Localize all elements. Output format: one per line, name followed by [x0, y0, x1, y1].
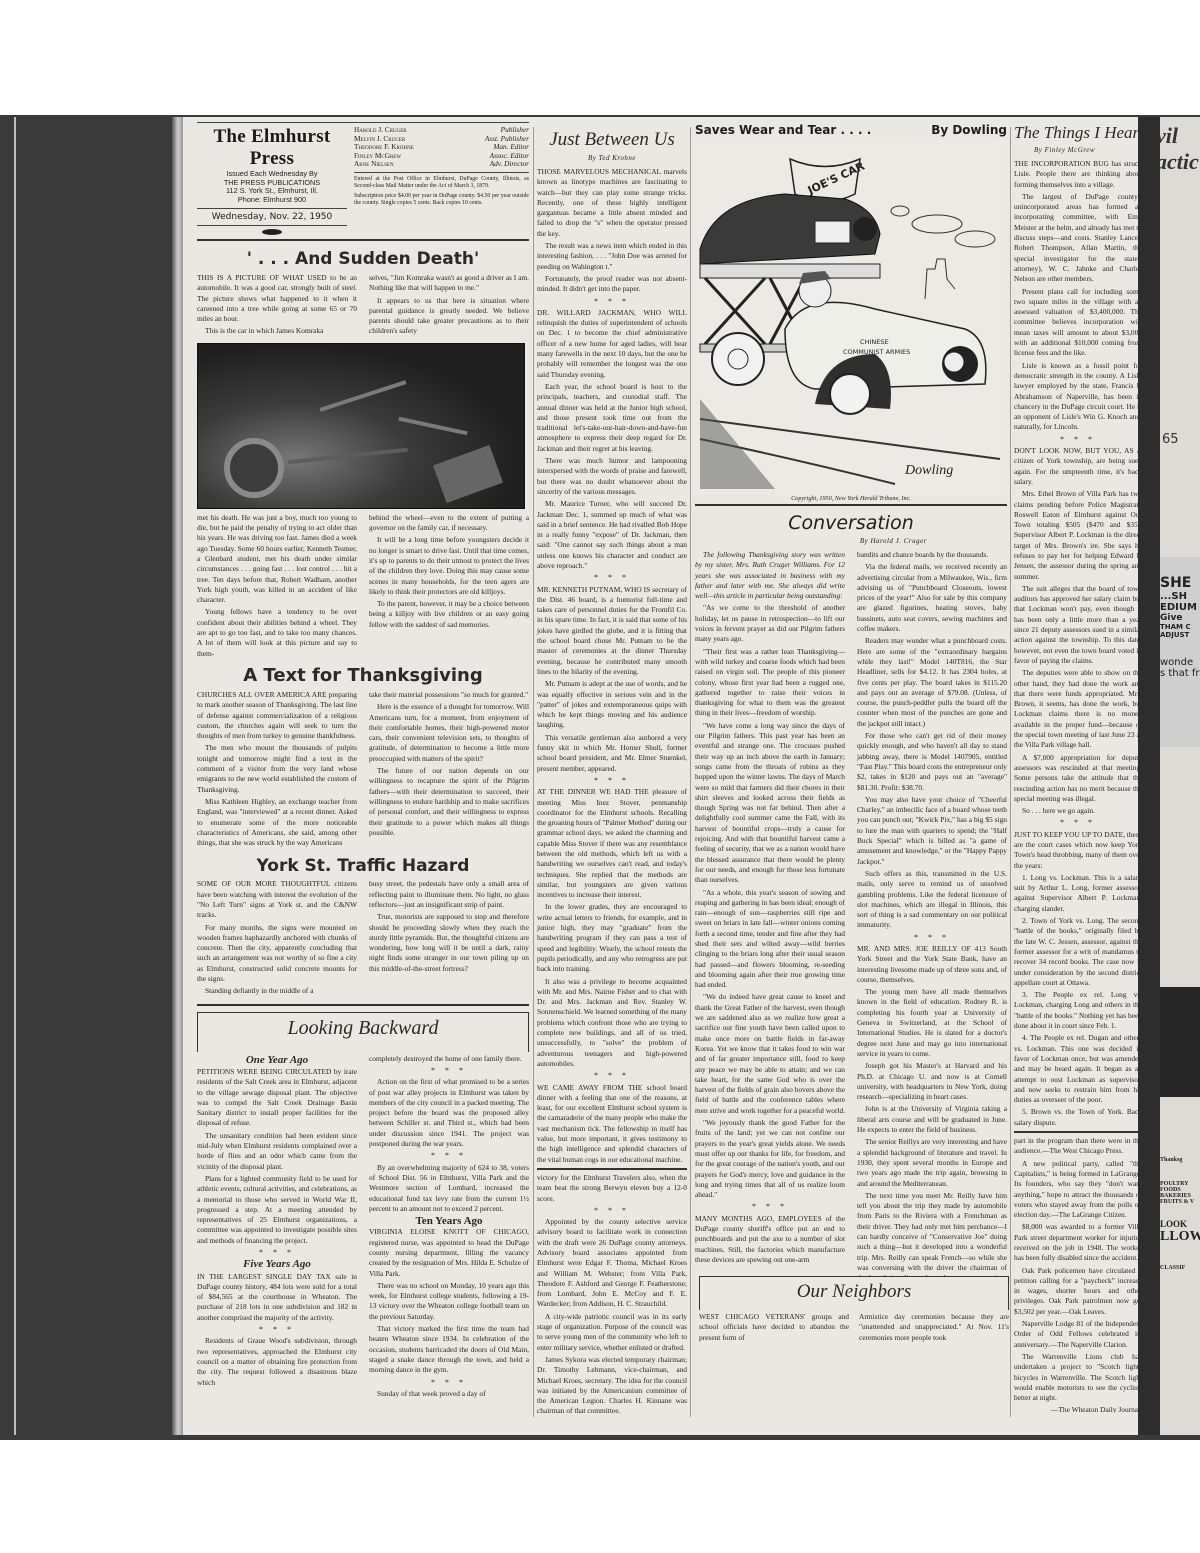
- paragraph: That victory marked the first time the t…: [369, 1324, 529, 1375]
- subheading: Five Years Ago: [197, 1259, 357, 1269]
- binding-edge-line: [14, 117, 16, 1435]
- paragraph: 1. Long vs. Lockman. This is a salary su…: [1014, 873, 1142, 914]
- paragraph: —The Wheaton Daily Journal.: [1014, 1405, 1142, 1413]
- paragraph: It appears to us that here is situation …: [369, 296, 529, 337]
- paragraph: 2. Town of York vs. Long. The second "ba…: [1014, 916, 1142, 988]
- paragraph: Readers may wonder what a punchboard cos…: [857, 636, 1007, 729]
- ornament: [197, 229, 347, 235]
- cartoon-header: Saves Wear and Tear . . . . By Dowling: [695, 123, 1007, 137]
- separator-stars: * * *: [197, 1325, 357, 1335]
- separator-stars: * * *: [537, 1206, 687, 1216]
- entry-notice: Entered at the Post Office in Elmhurst, …: [354, 176, 529, 190]
- headline: ' . . . And Sudden Death': [197, 249, 529, 269]
- paragraph: Sunday of that week proved a day of: [369, 1389, 529, 1399]
- svg-text:Dowling: Dowling: [904, 463, 953, 478]
- paragraph: Here is the essence of a thought for tom…: [369, 702, 529, 764]
- paragraph: The deputies were able to show on the ot…: [1014, 668, 1142, 750]
- separator-stars: * * *: [369, 1151, 529, 1161]
- ad-block-dark: [1160, 987, 1200, 1097]
- ad-block: SHE ...SH EDIUM Give THAM C ADJUST wonde…: [1160, 557, 1200, 747]
- paragraph: DON'T LOOK NOW, BUT YOU, AS A citizen of…: [1014, 446, 1142, 487]
- paragraph: Action on the first of what promised to …: [369, 1077, 529, 1149]
- paragraph: Miss Kathleen Highley, an exchange teach…: [197, 797, 357, 848]
- article-sudden-death: ' . . . And Sudden Death' THIS IS A PICT…: [197, 249, 529, 661]
- paragraph: A $7,000 appropriation for deputy assess…: [1014, 753, 1142, 804]
- paragraph: Residents of Graue Wood's subdivision, t…: [197, 1336, 357, 1387]
- headline: Looking Backward: [198, 1017, 528, 1040]
- headline: A Text for Thanksgiving: [197, 665, 529, 686]
- paragraph: 3. The People ex rel. Long vs. Lockman, …: [1014, 990, 1142, 1031]
- paragraph: The men who mount the thousands of pulpi…: [197, 743, 357, 794]
- separator-stars: * * *: [1014, 435, 1142, 445]
- paragraph: Naperville Lodge 81 of the Independent O…: [1014, 1319, 1142, 1350]
- wrecked-car-photo: [197, 343, 525, 509]
- paragraph: CHURCHES ALL OVER AMERICA ARE preparing …: [197, 690, 357, 741]
- paragraph: The senior Reillys are very interesting …: [857, 1137, 1007, 1188]
- paragraph: Armistice day ceremonies because they ar…: [859, 1312, 1009, 1343]
- editorial-section: The Elmhurst Press Issued Each Wednesday…: [197, 122, 529, 1401]
- paragraph: To the parent, however, it may be a choi…: [369, 599, 529, 630]
- paragraph: MR. KENNETH PUTNAM, WHO IS secretary of …: [537, 585, 687, 678]
- separator-stars: * * *: [369, 1378, 529, 1388]
- paragraph: VIRGINIA ELOISE KNOTT OF CHICAGO, regist…: [369, 1227, 529, 1278]
- paragraph: A new political party, called "the Capit…: [1014, 1159, 1142, 1221]
- paragraph: selves, "Jim Komraka wasn't as good a dr…: [369, 273, 529, 294]
- paragraph: In the lower grades, they are encouraged…: [537, 902, 687, 974]
- binding-shadow-dark: [1138, 117, 1160, 1435]
- paragraph: John is at the University of Virginia ta…: [857, 1104, 1007, 1135]
- paragraph: True, motorists are supposed to stop and…: [369, 912, 529, 974]
- column-rule: [690, 127, 691, 1417]
- paragraph: James Sykora was elected temporary chair…: [537, 1355, 687, 1417]
- cartoon-drawing: JOE'S CAR CHINESE COMMUNIST ARMIES: [695, 139, 1007, 494]
- masthead-title: The Elmhurst Press: [197, 126, 347, 170]
- cartoon-copyright: Copyright, 1950, New York Herald Tribune…: [695, 495, 1007, 502]
- paragraph: IN THE LARGEST SINGLE DAY TAX sale in Du…: [197, 1272, 357, 1323]
- paragraph: Fortunately, the proof reader was not ab…: [537, 274, 687, 295]
- paragraph: Joseph got his Master's at Harvard and h…: [857, 1061, 1007, 1102]
- paragraph: Oak Park policemen have circulated a pet…: [1014, 1266, 1142, 1317]
- staff-list: Harold J. CrugerPublisher Melvin J. Crug…: [354, 126, 529, 169]
- paragraph: The following Thanksgiving story was wri…: [695, 550, 845, 601]
- paragraph: "As a whole, this year's season of sowin…: [695, 888, 845, 991]
- paragraph: It will be a long time before youngsters…: [369, 535, 529, 597]
- paragraph: This versatile gentleman also authored a…: [537, 733, 687, 774]
- paragraph: Standing defiantly in the middle of a: [197, 986, 357, 996]
- paragraph: "We joyously thank the good Father for t…: [695, 1118, 845, 1200]
- paragraph: PETITIONS WERE BEING CIRCULATED by irate…: [197, 1067, 357, 1129]
- paragraph: MANY MONTHS AGO, EMPLOYEES of the DuPage…: [695, 1214, 845, 1265]
- paragraph: met his death. He was just a boy, much t…: [197, 513, 357, 606]
- article-thanksgiving: A Text for Thanksgiving CHURCHES ALL OVE…: [197, 665, 529, 850]
- paragraph: For those who can't get rid of their mon…: [857, 731, 1007, 793]
- paragraph: behind the wheel—even to the extent of p…: [369, 513, 529, 534]
- headline: Our Neighbors: [700, 1281, 1008, 1303]
- paragraph: The Warrenville Lions club has undertake…: [1014, 1352, 1142, 1403]
- separator-stars: * * *: [857, 933, 1007, 943]
- paragraph: Mrs. Ethel Brown of Villa Park has two c…: [1014, 489, 1142, 582]
- separator-stars: * * *: [695, 1202, 845, 1212]
- subheading: Ten Years Ago: [369, 1216, 529, 1226]
- ornament-icon: [262, 229, 282, 235]
- svg-text:COMMUNIST ARMIES: COMMUNIST ARMIES: [843, 348, 910, 356]
- paragraph: AT THE DINNER WE HAD THE pleasure of mee…: [537, 787, 687, 900]
- paragraph: THIS IS A PICTURE OF WHAT USED to be an …: [197, 273, 357, 324]
- separator-stars: * * *: [537, 573, 687, 583]
- staff-row: Arne NielsenAdv. Director: [354, 160, 529, 169]
- paragraph: Mr. Putnam is adept at the use of words,…: [537, 679, 687, 730]
- svg-text:CHINESE: CHINESE: [860, 338, 889, 346]
- paragraph: It also was a privilege to become acquai…: [537, 977, 687, 1070]
- paragraph: There was no school on Monday, 10 years …: [369, 1281, 529, 1322]
- cartoon-author: By Dowling: [931, 123, 1007, 137]
- article-york-st: York St. Traffic Hazard SOME OF OUR MORE…: [197, 856, 529, 1005]
- paragraph: For many months, the signs were mounted …: [197, 923, 357, 985]
- paragraph: The future of our nation depends on our …: [369, 766, 529, 838]
- paragraph: The young men have all made themselves k…: [857, 987, 1007, 1059]
- paragraph: So . . . here we go again.: [1014, 806, 1142, 816]
- article-looking-backward: Looking Backward One Year Ago PETITIONS …: [197, 1012, 529, 1402]
- paragraph: Present plans call for including some tw…: [1014, 287, 1142, 359]
- headline: Conversation: [695, 512, 1007, 534]
- issue-date: Wednesday, Nov. 22, 1950: [197, 212, 347, 222]
- separator-stars: * * *: [197, 1248, 357, 1258]
- byline: By Ted Krohne: [537, 154, 687, 162]
- paragraph: A city-wide patriotic council was in its…: [537, 1312, 687, 1353]
- wheel-shape: [224, 438, 284, 498]
- paragraph: part in the program than there were in t…: [1014, 1136, 1142, 1157]
- separator-stars: * * *: [369, 1066, 529, 1076]
- subheading: One Year Ago: [197, 1055, 357, 1065]
- adjacent-headline-fragment: vil actic: [1160, 123, 1200, 175]
- paragraph: "We do indeed have great cause to kneel …: [695, 992, 845, 1116]
- paragraph: JUST TO KEEP YOU UP TO DATE, these are t…: [1014, 830, 1142, 871]
- subscription-notice: Subscription price $4.00 per year in DuP…: [354, 193, 529, 207]
- paragraph: There was much humor and lampooning inte…: [537, 456, 687, 497]
- paragraph: By an overwhelming majority of 624 to 38…: [369, 1163, 529, 1214]
- cartoon-title: Saves Wear and Tear . . . .: [695, 123, 871, 137]
- paragraph: This is the car in which James Komraka: [197, 326, 357, 336]
- paragraph: The suit alleges that the board of town …: [1014, 584, 1142, 666]
- paragraph: The unsanitary condition had been eviden…: [197, 1131, 357, 1172]
- separator-stars: * * *: [537, 776, 687, 786]
- divider: [537, 1168, 687, 1170]
- paragraph: THOSE MARVELOUS MECHANICAL marvels known…: [537, 167, 687, 239]
- byline: By Finley McGrew: [1014, 146, 1142, 154]
- paragraph: WE CAME AWAY FROM THE school board dinne…: [537, 1083, 687, 1165]
- paragraph: take their material possessions "so much…: [369, 690, 529, 700]
- paragraph: MR. AND MRS. JOE REILLY OF 413 South Yor…: [857, 944, 1007, 985]
- article-our-neighbors: Our Neighbors WEST CHICAGO VETERANS' gro…: [699, 1276, 1009, 1345]
- cartoon-illustration-icon: JOE'S CAR CHINESE COMMUNIST ARMIES: [695, 139, 1007, 494]
- newspaper-page: The Elmhurst Press Issued Each Wednesday…: [183, 117, 1180, 1435]
- paragraph: Each year, the school board is host to t…: [537, 382, 687, 454]
- looking-backward-box: Looking Backward: [197, 1012, 529, 1052]
- paragraph: bandits and chance boards by the thousan…: [857, 550, 1007, 560]
- column-rule: [533, 127, 534, 1417]
- paragraph: Such offers as this, transmitted in the …: [857, 869, 1007, 931]
- paragraph: Appointed by the county selective servic…: [537, 1217, 687, 1310]
- paragraph: busy street, the pedestals have only a s…: [369, 879, 529, 910]
- separator-stars: * * *: [537, 297, 687, 307]
- paragraph: WEST CHICAGO VETERANS' groups and school…: [699, 1312, 849, 1343]
- adjacent-page: vil actic 65 SHE ...SH EDIUM Give THAM C…: [1160, 117, 1200, 1435]
- paragraph: The result was a news item which ended i…: [537, 241, 687, 272]
- paragraph: "As we come to the threshold of another …: [695, 603, 845, 644]
- paragraph: The largest of DuPage county's unincorpo…: [1014, 192, 1142, 285]
- byline: By Harold J. Cruger: [695, 537, 1007, 545]
- paragraph: 5. Brown vs. the Town of York. Back sala…: [1014, 1107, 1142, 1128]
- paragraph: Lisle is known as a fossil point for dem…: [1014, 361, 1142, 433]
- paragraph: 4. The People ex rel. Dugan and others v…: [1014, 1033, 1142, 1105]
- paragraph: Plans for a lighted community field to b…: [197, 1174, 357, 1246]
- paragraph: victory for the Elmhurst Travelers also,…: [537, 1173, 687, 1204]
- divider: [1014, 1131, 1142, 1133]
- masthead: The Elmhurst Press Issued Each Wednesday…: [197, 122, 529, 241]
- paragraph: Mr. Maurice Turner, who will succeed Dr.…: [537, 499, 687, 571]
- paragraph: Via the federal mails, we received recen…: [857, 562, 1007, 634]
- paragraph: Young fellows have a tendency to be over…: [197, 607, 357, 658]
- column-just-between-us: Just Between Us By Ted Krohne THOSE MARV…: [537, 127, 687, 1419]
- our-neighbors-box: Our Neighbors: [699, 1276, 1009, 1310]
- paragraph: "We have come a long way since the days …: [695, 721, 845, 886]
- headline: The Things I Hear: [1014, 123, 1142, 143]
- column-things-i-hear: The Things I Hear By Finley McGrew THE I…: [1014, 123, 1142, 1413]
- paragraph: completely destroyed the home of one fam…: [369, 1054, 529, 1064]
- ad-fragment: 65: [1162, 432, 1179, 447]
- headline: Just Between Us: [537, 129, 687, 151]
- headline: York St. Traffic Hazard: [197, 856, 529, 876]
- paragraph: You may also have your choice of "Cheerf…: [857, 795, 1007, 867]
- separator-stars: * * *: [537, 1071, 687, 1081]
- paragraph: THE INCORPORATION BUG has struck Lisle. …: [1014, 159, 1142, 190]
- paragraph: SOME OF OUR MORE THOUGHTFUL citizens hav…: [197, 879, 357, 920]
- paragraph: $8,000 was awarded to a former Villa Par…: [1014, 1222, 1142, 1263]
- editorial-cartoon: Saves Wear and Tear . . . . By Dowling J…: [695, 123, 1007, 1296]
- article-conversation: Conversation By Harold J. Cruger The fol…: [695, 512, 1007, 1296]
- paragraph: DR. WILLARD JACKMAN, WHO WILL relinquish…: [537, 308, 687, 380]
- separator-stars: * * *: [1014, 818, 1142, 828]
- paragraph: "Their first was a rather lean Thanksgiv…: [695, 647, 845, 719]
- ad-block: Thanksg POULTRY FOODS BAKERIES FRUITS & …: [1160, 1157, 1200, 1271]
- column-rule: [1010, 127, 1011, 1417]
- masthead-phone: Phone: Elmhurst 900: [197, 196, 347, 205]
